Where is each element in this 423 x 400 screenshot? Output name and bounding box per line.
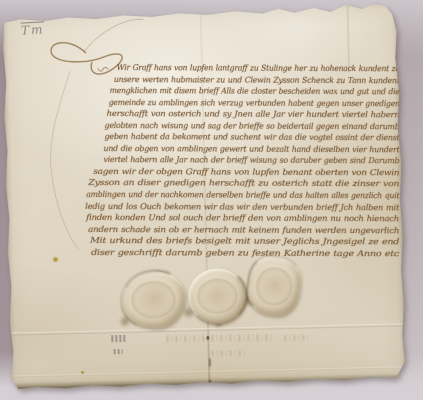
wax-seal-left: [121, 270, 186, 328]
stain-spot: [206, 336, 209, 340]
ghost-ink-trace: [284, 335, 310, 341]
seal-impression: [254, 266, 293, 307]
pencil-mark: [111, 335, 126, 342]
text-line: diser geschrifft darumb geben zu festen …: [81, 248, 399, 261]
soiled-bottom-edge: [9, 373, 406, 389]
ghost-ink-trace: [166, 334, 272, 342]
stain-spot: [53, 257, 57, 261]
charter-text-block: Wir Graff hans von lupfen lantgraff zu S…: [81, 63, 400, 261]
wax-seal-center: [188, 268, 247, 324]
parchment-surface: Tm Wir Graff hans von lupfen lantgraff z…: [1, 1, 407, 389]
fold-crease-horizontal: [8, 323, 405, 335]
stain-spot: [81, 371, 84, 374]
seal-impression: [131, 281, 175, 319]
stain-spot: [209, 358, 211, 367]
photo-backdrop: Tm Wir Graff hans von lupfen lantgraff z…: [0, 0, 423, 400]
wax-seal-right: [245, 255, 303, 319]
parchment-document: Tm Wir Graff hans von lupfen lantgraff z…: [1, 1, 407, 389]
seal-impression: [197, 278, 237, 314]
ghost-ink-trace: [212, 350, 246, 356]
pencil-mark: [114, 349, 123, 354]
fold-crease-vertical-right: [346, 3, 350, 73]
